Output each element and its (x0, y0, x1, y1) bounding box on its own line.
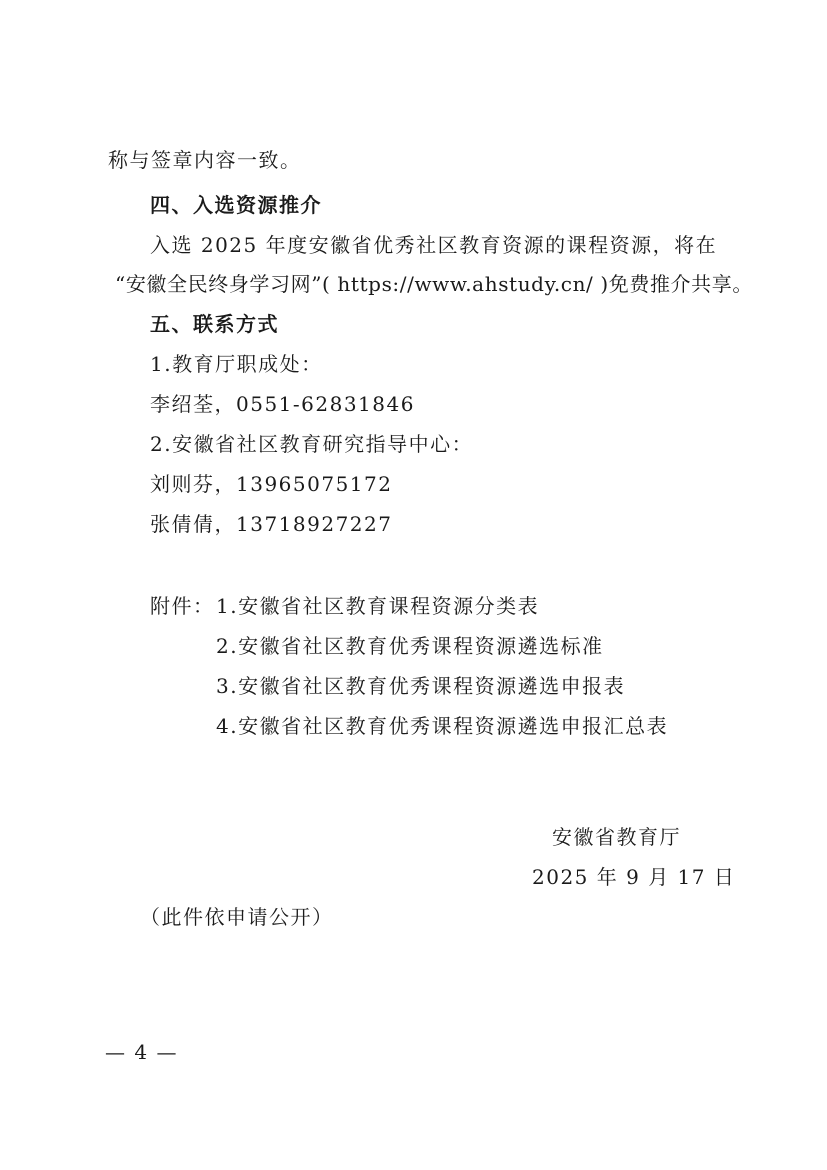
signature-org: 安徽省教育厅 (552, 825, 681, 849)
contact-1-person: 李绍荃，0551-62831846 (150, 392, 415, 416)
section-4-line-1: 入选 2025 年度安徽省优秀社区教育资源的课程资源，将在 (150, 233, 717, 257)
attachment-item: 4.安徽省社区教育优秀课程资源遴选申报汇总表 (216, 714, 668, 738)
contact-2-org: 2.安徽省社区教育研究指导中心： (150, 432, 473, 456)
section-4-heading: 四、入选资源推介 (150, 193, 322, 217)
attachment-item: 2.安徽省社区教育优秀课程资源遴选标准 (216, 634, 604, 658)
section-5-heading: 五、联系方式 (150, 312, 279, 336)
signature-date: 2025 年 9 月 17 日 (532, 865, 735, 889)
disclosure-note: （此件依申请公开） (140, 905, 334, 929)
attachment-item: 1.安徽省社区教育课程资源分类表 (216, 594, 539, 618)
contact-2-person-2: 张倩倩，13718927227 (150, 512, 392, 536)
continuation-text: 称与签章内容一致。 (108, 148, 302, 172)
attachment-item: 3.安徽省社区教育优秀课程资源遴选申报表 (216, 674, 625, 698)
contact-1-org: 1.教育厅职成处： (150, 352, 323, 376)
section-4-line-2: “安徽全民终身学习网”( https://www.ahstudy.cn/ )免费… (115, 272, 753, 296)
page-number: — 4 — (105, 1040, 178, 1064)
attachments-label: 附件： (150, 594, 215, 618)
contact-2-person-1: 刘则芬，13965075172 (150, 472, 392, 496)
